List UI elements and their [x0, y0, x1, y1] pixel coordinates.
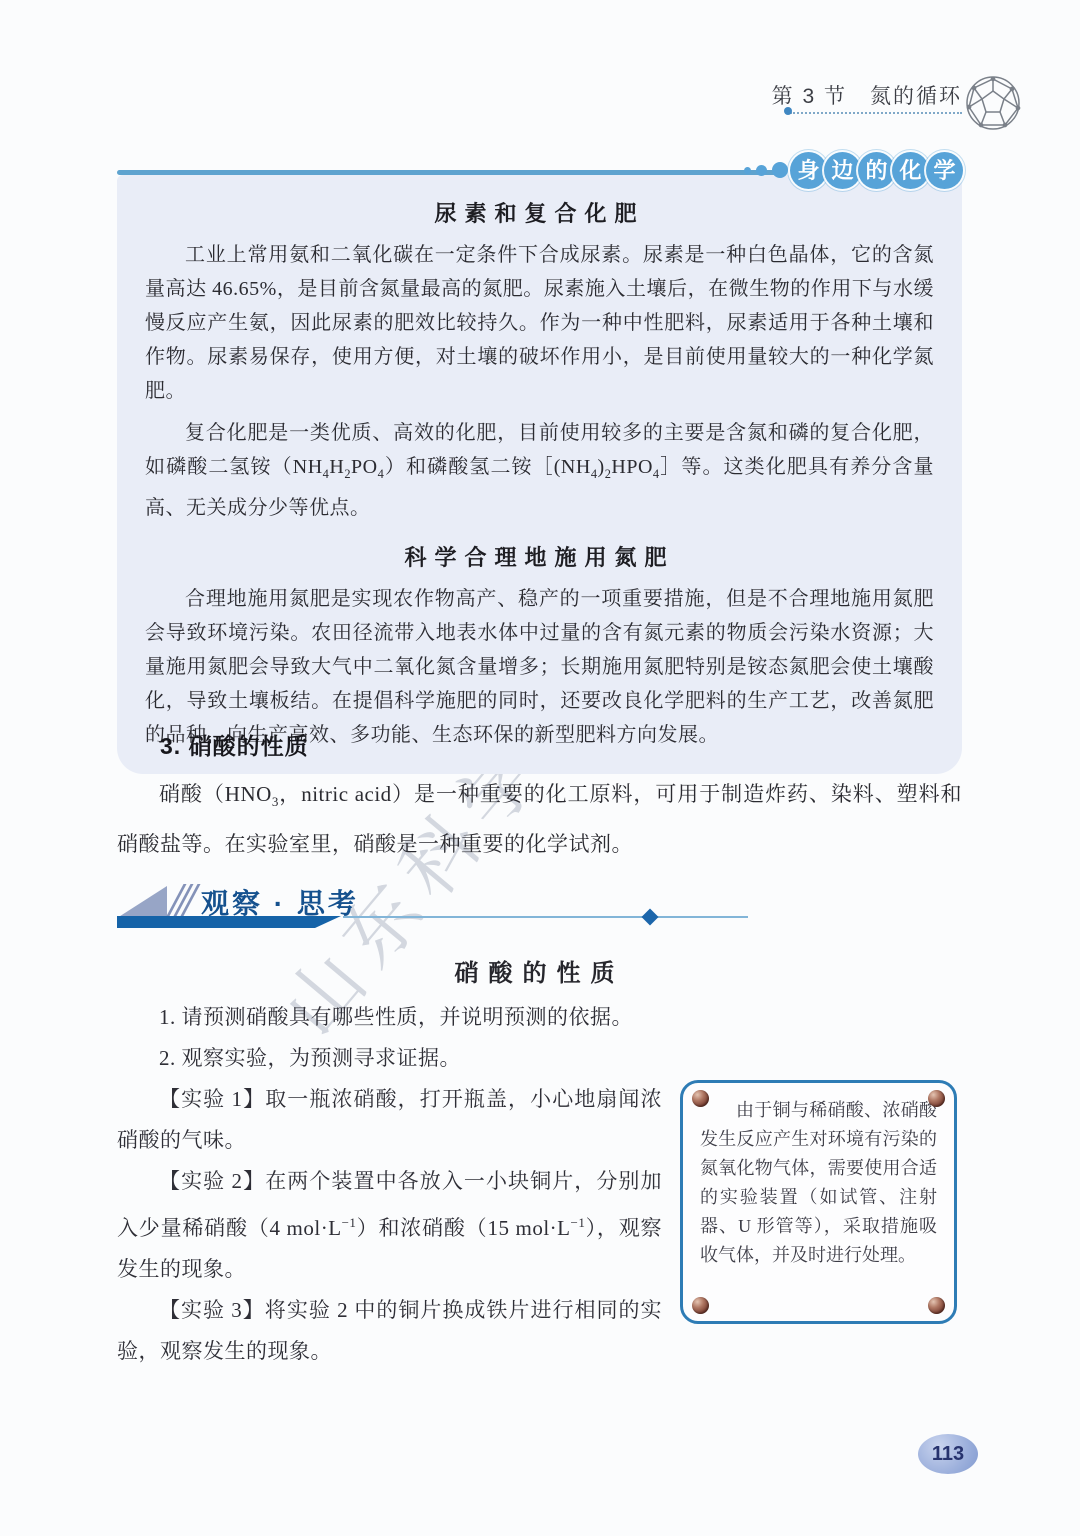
activity-step: 【实验 3】将实验 2 中的铜片换成铁片进行相同的实验，观察发生的现象。	[117, 1290, 662, 1372]
dotted-rule	[790, 112, 962, 114]
badge-char-circle: 学	[926, 152, 963, 189]
activity-step: 【实验 1】取一瓶浓硝酸，打开瓶盖，小心地扇闻浓硝酸的气味。	[117, 1079, 662, 1161]
info-box-paragraph: 工业上常用氨和二氧化碳在一定条件下合成尿素。尿素是一种白色晶体，它的含氮量高达 …	[145, 238, 934, 408]
chapter-badge: 身 边 的 化 学	[744, 150, 963, 190]
info-box-paragraph: 复合化肥是一类优质、高效的化肥，目前使用较多的主要是含氮和磷的复合化肥，如磷酸二…	[145, 416, 934, 525]
pin-icon	[692, 1297, 709, 1314]
page-number-badge: 113	[918, 1434, 978, 1474]
info-box-title: 尿素和复合化肥	[145, 197, 934, 228]
side-note-box: 由于铜与稀硝酸、浓硝酸发生反应产生对环境有污染的氮氧化物气体，需要使用合适的实验…	[680, 1080, 957, 1324]
banner-bar	[117, 916, 315, 928]
pin-icon	[692, 1090, 709, 1107]
textbook-page: { "header": { "section_title": "第 3 节 氮的…	[0, 0, 1080, 1536]
fullerene-molecule-icon	[964, 74, 1022, 137]
chemistry-around-us-box: 尿素和复合化肥 工业上常用氨和二氧化碳在一定条件下合成尿素。尿素是一种白色晶体，…	[117, 175, 962, 774]
info-box-top-rule	[117, 170, 785, 175]
badge-dot-icon	[744, 167, 751, 174]
activity-steps: 1. 请预测硝酸具有哪些性质，并说明预测的依据。 2. 观察实验，为预测寻求证据…	[117, 997, 662, 1372]
observe-think-banner: 观察 · 思考	[117, 884, 677, 936]
activity-subtitle: 硝酸的性质	[117, 953, 962, 988]
badge-char-circle: 边	[824, 152, 861, 189]
pin-icon	[928, 1090, 945, 1107]
intro-paragraph: 硝酸（HNO3，nitric acid）是一种重要的化工原料，可用于制造炸药、染…	[117, 773, 962, 865]
badge-dot-icon	[756, 165, 767, 176]
rule-dot-icon	[784, 107, 792, 115]
badge-char-circle: 的	[858, 152, 895, 189]
banner-bar-taper	[315, 916, 341, 928]
section-heading: 3. 硝酸的性质	[160, 728, 309, 761]
activity-step: 【实验 2】在两个装置中各放入一小块铜片，分别加入少量稀硝酸（4 mol·L−1…	[117, 1161, 662, 1290]
badge-char-circle: 化	[892, 152, 929, 189]
note-text: 由于铜与稀硝酸、浓硝酸发生反应产生对环境有污染的氮氧化物气体，需要使用合适的实验…	[683, 1083, 954, 1283]
banner-triangle-icon	[117, 886, 167, 918]
section-title: 第 3 节 氮的循环	[562, 80, 962, 110]
badge-dot-icon	[772, 162, 788, 178]
activity-step: 1. 请预测硝酸具有哪些性质，并说明预测的依据。	[117, 997, 662, 1038]
info-box-title: 科学合理地施用氮肥	[145, 541, 934, 572]
banner-diamond-icon	[642, 909, 659, 926]
activity-step: 2. 观察实验，为预测寻求证据。	[117, 1038, 662, 1079]
pin-icon	[928, 1297, 945, 1314]
banner-rule	[343, 916, 748, 918]
badge-char-circle: 身	[790, 152, 827, 189]
info-box-paragraph: 合理地施用氮肥是实现农作物高产、稳产的一项重要措施，但是不合理地施用氮肥会导致环…	[145, 582, 934, 752]
